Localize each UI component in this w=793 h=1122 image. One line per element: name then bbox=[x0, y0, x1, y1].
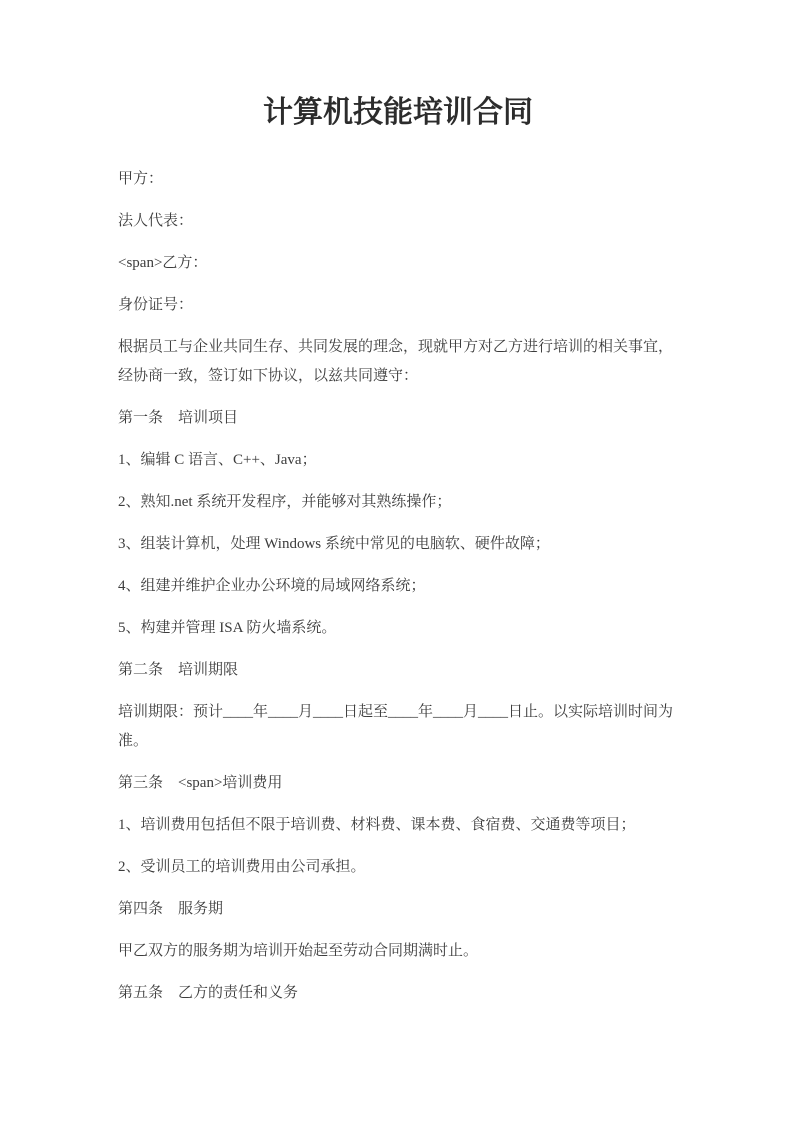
training-item-2: 2、熟知.net 系统开发程序，并能够对其熟练操作； bbox=[118, 488, 678, 517]
preamble-paragraph: 根据员工与企业共同生存、共同发展的理念，现就甲方对乙方进行培训的相关事宜，经协商… bbox=[118, 333, 678, 391]
training-item-5: 5、构建并管理 ISA 防火墙系统。 bbox=[118, 614, 678, 643]
article-1-heading: 第一条 培训项目 bbox=[118, 404, 678, 433]
training-item-3: 3、组装计算机，处理 Windows 系统中常见的电脑软、硬件故障； bbox=[118, 530, 678, 559]
legal-representative-line: 法人代表： bbox=[118, 207, 678, 236]
training-item-1: 1、编辑 C 语言、C++、Java； bbox=[118, 446, 678, 475]
training-period-paragraph: 培训期限：预计____年____月____日起至____年____月____日止… bbox=[118, 698, 678, 756]
contract-document: 计算机技能培训合同 甲方： 法人代表： <span>乙方： 身份证号： 根据员工… bbox=[0, 0, 793, 1122]
id-number-line: 身份证号： bbox=[118, 291, 678, 320]
article-2-heading: 第二条 培训期限 bbox=[118, 656, 678, 685]
party-b-line: <span>乙方： bbox=[118, 249, 678, 278]
party-a-line: 甲方： bbox=[118, 165, 678, 194]
fee-item-1: 1、培训费用包括但不限于培训费、材料费、课本费、食宿费、交通费等项目； bbox=[118, 811, 678, 840]
article-4-heading: 第四条 服务期 bbox=[118, 895, 678, 924]
service-period-paragraph: 甲乙双方的服务期为培训开始起至劳动合同期满时止。 bbox=[118, 937, 678, 966]
fee-item-2: 2、受训员工的培训费用由公司承担。 bbox=[118, 853, 678, 882]
training-item-4: 4、组建并维护企业办公环境的局域网络系统； bbox=[118, 572, 678, 601]
document-title: 计算机技能培训合同 bbox=[118, 93, 678, 132]
article-3-heading: 第三条 <span>培训费用 bbox=[118, 769, 678, 798]
article-5-heading: 第五条 乙方的责任和义务 bbox=[118, 979, 678, 1008]
